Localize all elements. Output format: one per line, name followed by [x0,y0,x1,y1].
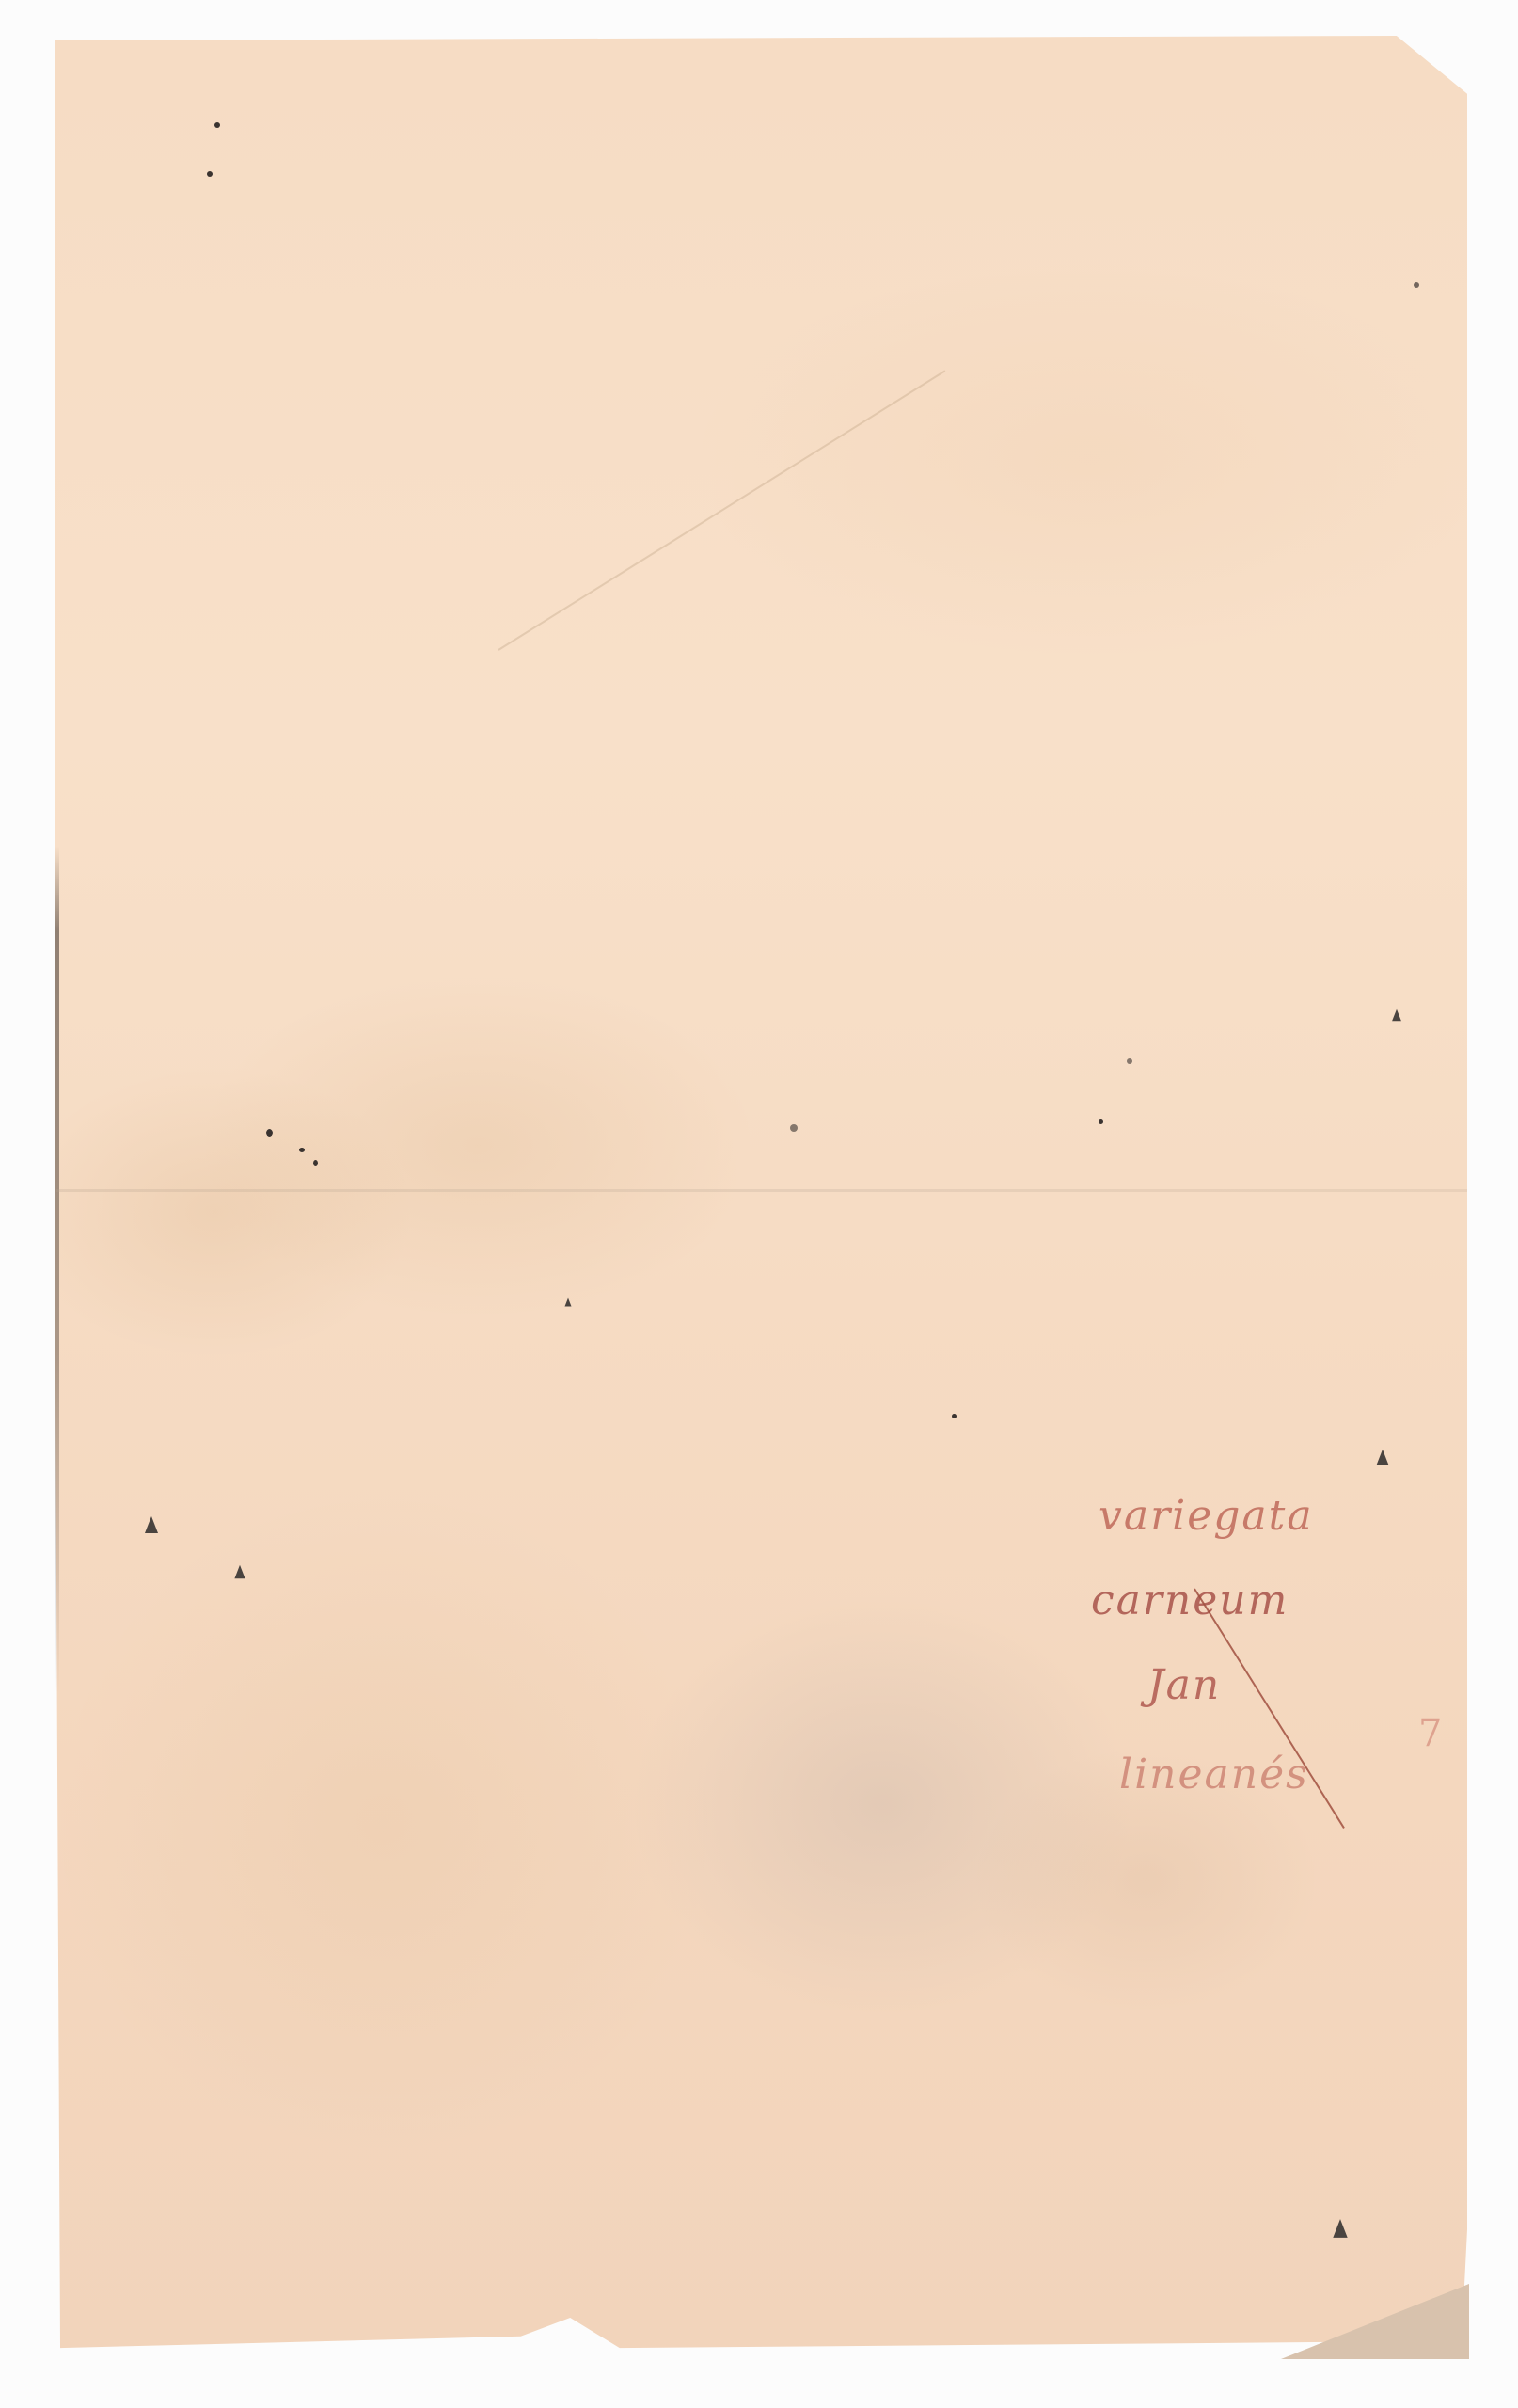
paper-hole [1377,1450,1389,1465]
horizontal-fold-line [56,1189,1467,1192]
annotation-jan: Jan [1147,1665,1221,1706]
paper-hole [565,1298,572,1307]
ink-speck [1414,282,1419,288]
ink-speck [299,1148,305,1152]
paper-hole [234,1565,245,1578]
scan-background: variegata carneum Jan lineanés 7 [0,0,1518,2408]
paper-left-edge-wear [55,847,59,1693]
annotation-carneum: carneum [1091,1580,1289,1622]
paper-sheet [55,36,1467,2357]
ink-speck [214,122,220,128]
paper-hole [145,1516,158,1533]
ink-speck [207,171,213,177]
ink-speck [1127,1058,1132,1064]
paper-hole [1333,2219,1347,2238]
ink-speck [313,1160,318,1166]
annotation-lineanes: lineanés [1119,1754,1309,1796]
ink-speck [266,1129,273,1137]
ink-speck [1099,1119,1103,1124]
ink-speck [790,1124,798,1132]
edge-annotation: 7 [1418,1712,1442,1755]
paper-hole [1392,1009,1401,1022]
annotation-variegata: variegata [1099,1496,1314,1537]
ink-speck [952,1414,957,1418]
